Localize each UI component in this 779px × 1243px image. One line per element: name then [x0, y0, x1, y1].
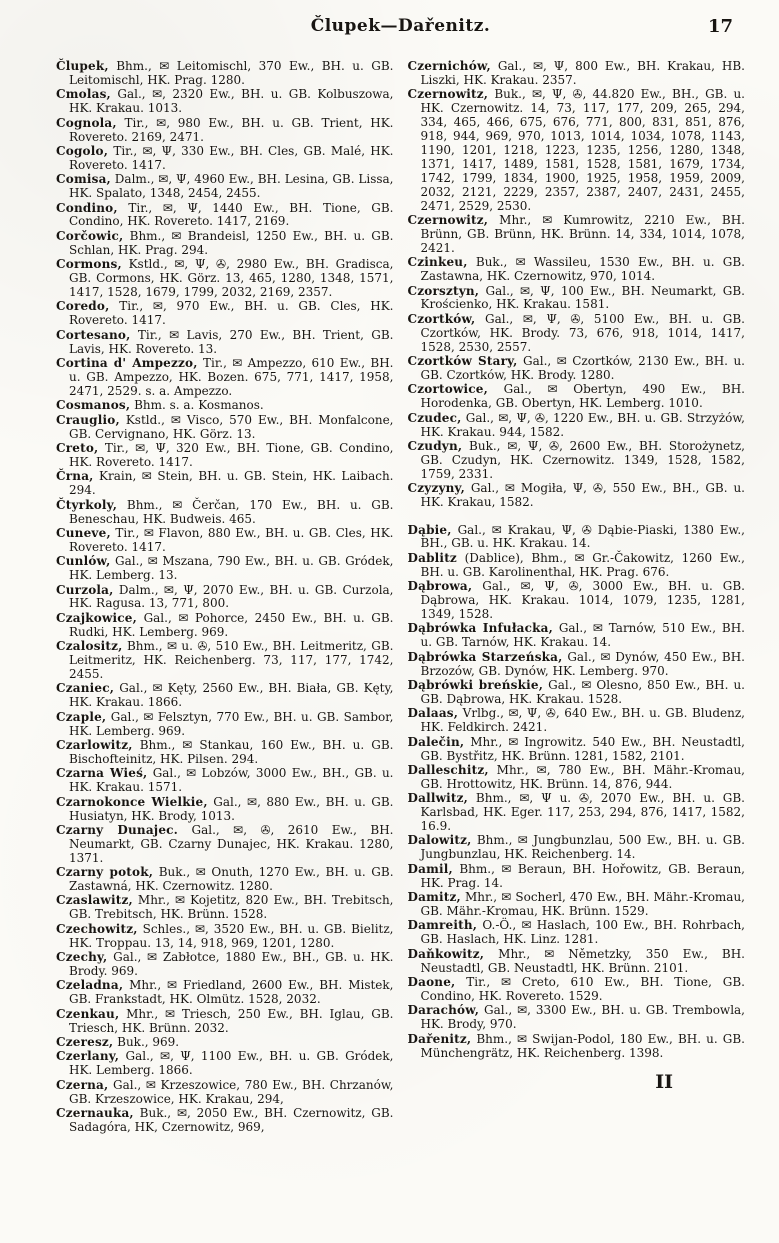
directory-entry: Czinkeu, Buk., ✉ Wassileu, 1530 Ew., BH.…	[408, 256, 746, 284]
entry-text: Gal., ✉, Ψ, ✇, 1220 Ew., BH. u. GB. Strz…	[421, 411, 746, 439]
entry-headword: Curzola,	[56, 583, 114, 597]
entry-headword: Czarny Dunajec.	[56, 823, 178, 837]
directory-entry: Czalositz, Bhm., ✉ u. ✇, 510 Ew., BH. Le…	[56, 640, 394, 682]
directory-entry: Curzola, Dalm., ✉, Ψ, 2070 Ew., BH. u. G…	[56, 584, 394, 612]
directory-entry: Dalečin, Mhr., ✉ Ingrowitz. 540 Ew., BH.…	[408, 736, 746, 764]
entry-headword: Cogolo,	[56, 144, 108, 158]
entry-text: Tir., ✉, Ψ, 320 Ew., BH. Tione, GB. Cond…	[69, 441, 394, 469]
directory-entry: Dalaas, Vrlbg., ✉, Ψ, ✇, 640 Ew., BH. u.…	[408, 707, 746, 735]
page-title: Člupek—Dařenitz.	[56, 16, 745, 36]
directory-entry: Cosmanos, Bhm. s. a. Kosmanos.	[56, 399, 394, 413]
entry-text: Gal., ✉ Kęty, 2560 Ew., BH. Biała, GB. K…	[69, 681, 394, 709]
directory-entry: Cortesano, Tir., ✉ Lavis, 270 Ew., BH. T…	[56, 329, 394, 357]
directory-entry: Dařenitz, Bhm., ✉ Swijan-Podol, 180 Ew.,…	[408, 1033, 746, 1061]
directory-entry: Dalowitz, Bhm., ✉ Jungbunzlau, 500 Ew., …	[408, 834, 746, 862]
entry-headword: Czarny potok,	[56, 865, 153, 879]
entry-text: Buk., 969.	[113, 1035, 179, 1049]
entry-headword: Czajkowice,	[56, 611, 137, 625]
entry-text: Dalm., ✉, Ψ, 2070 Ew., BH. u. GB. Curzol…	[69, 583, 394, 611]
entry-headword: Cortina d' Ampezzo,	[56, 356, 198, 370]
entry-text: Gal., ✉ Krakau, Ψ, ✇ Dąbie-Piaski, 1380 …	[421, 523, 746, 551]
directory-entry: Dablitz (Dablice), Bhm., ✉ Gr.-Čakowitz,…	[408, 552, 746, 580]
directory-entry: Czarny potok, Buk., ✉ Onuth, 1270 Ew., B…	[56, 866, 394, 894]
entry-headword: Coredo,	[56, 299, 109, 313]
directory-entry: Czechy, Gal., ✉ Zabłotce, 1880 Ew., BH.,…	[56, 951, 394, 979]
directory-entry: Czorsztyn, Gal., ✉, Ψ, 100 Ew., BH. Neum…	[408, 285, 746, 313]
entry-text: Buk., ✉ Wassileu, 1530 Ew., BH. u. GB. Z…	[421, 255, 746, 283]
directory-entry: Dąbrowa, Gal., ✉, Ψ, ✇, 3000 Ew., BH. u.…	[408, 580, 746, 622]
entry-text: Bhm., ✉ Beraun, BH. Hořowitz, GB. Beraun…	[421, 862, 746, 890]
entry-headword: Dařenitz,	[408, 1032, 472, 1046]
scanned-directory-page: Člupek—Dařenitz. 17 Člupek, Bhm., ✉ Leit…	[0, 0, 779, 1243]
directory-entry: Člupek, Bhm., ✉ Leitomischl, 370 Ew., BH…	[56, 60, 394, 88]
entry-headword: Dalowitz,	[408, 833, 472, 847]
entry-text: Vrlbg., ✉, Ψ, ✇, 640 Ew., BH. u. GB. Blu…	[421, 706, 746, 734]
directory-entry: Čtyrkoly, Bhm., ✉ Čerčan, 170 Ew., BH. u…	[56, 499, 394, 527]
entry-headword: Czyzyny,	[408, 481, 465, 495]
entry-headword: Czernichów,	[408, 59, 491, 73]
entry-headword: Czorsztyn,	[408, 284, 480, 298]
entry-headword: Czernauka,	[56, 1106, 134, 1120]
entry-text: Tir., ✉, 970 Ew., BH. u. GB. Cles, HK. R…	[69, 299, 394, 327]
directory-entry: Czaslawitz, Mhr., ✉ Kojetitz, 820 Ew., B…	[56, 894, 394, 922]
entry-headword: Corčowic,	[56, 229, 123, 243]
entry-headword: Dalaas,	[408, 706, 459, 720]
entry-headword: Cognola,	[56, 116, 117, 130]
entry-headword: Člupek,	[56, 59, 109, 73]
entry-headword: Črna,	[56, 469, 94, 483]
directory-entry: Czortków, Gal., ✉, Ψ, ✇, 5100 Ew., BH. u…	[408, 313, 746, 355]
directory-entry: Cortina d' Ampezzo, Tir., ✉ Ampezzo, 610…	[56, 357, 394, 399]
directory-entry: Czechowitz, Schles., ✉, 3520 Ew., BH. u.…	[56, 923, 394, 951]
directory-entry: Dąbrówka Infułacka, Gal., ✉ Tarnów, 510 …	[408, 622, 746, 650]
left-column: Člupek, Bhm., ✉ Leitomischl, 370 Ew., BH…	[56, 60, 394, 1135]
entry-text: Bhm., ✉ Čerčan, 170 Ew., BH. u. GB. Bene…	[69, 498, 394, 526]
entry-text: Tir., ✉ Flavon, 880 Ew., BH. u. GB. Cles…	[69, 526, 394, 554]
directory-entry: Corčowic, Bhm., ✉ Brandeisl, 1250 Ew., B…	[56, 230, 394, 258]
entry-headword: Czarnokonce Wielkie,	[56, 795, 208, 809]
entry-text: Bhm., ✉ Leitomischl, 370 Ew., BH. u. GB.…	[69, 59, 394, 87]
entry-headword: Daone,	[408, 975, 456, 989]
entry-headword: Czernowitz,	[408, 213, 489, 227]
directory-entry: Dallwitz, Bhm., ✉, Ψ u. ✇, 2070 Ew., BH.…	[408, 792, 746, 834]
entry-text: Gal., ✉ Zabłotce, 1880 Ew., BH., GB. u. …	[69, 950, 394, 978]
entry-headword: Czerlany,	[56, 1049, 119, 1063]
entry-text: Gal., ✉ Mszana, 790 Ew., BH. u. GB. Gród…	[69, 554, 394, 582]
entry-headword: Darachów,	[408, 1003, 480, 1017]
entry-text: Bhm., ✉, Ψ u. ✇, 2070 Ew., BH. u. GB. Ka…	[421, 791, 746, 833]
entry-headword: Dalleschitz,	[408, 763, 489, 777]
directory-entry: Comisa, Dalm., ✉, Ψ, 4960 Ew., BH. Lesin…	[56, 173, 394, 201]
directory-entry: Crauglio, Kstld., ✉ Visco, 570 Ew., BH. …	[56, 414, 394, 442]
entry-headword: Creto,	[56, 441, 98, 455]
entry-headword: Cormons,	[56, 257, 122, 271]
entry-headword: Czudec,	[408, 411, 462, 425]
directory-entry: Dalleschitz, Mhr., ✉, 780 Ew., BH. Mähr.…	[408, 764, 746, 792]
entry-text: Gal., ✉ Felsztyn, 770 Ew., BH. u. GB. Sa…	[69, 710, 394, 738]
entry-headword: Dablitz	[408, 551, 457, 565]
entry-text: Buk., ✉, Ψ, ✇, 44.820 Ew., BH., GB. u. H…	[421, 87, 746, 212]
directory-entry: Czarny Dunajec. Gal., ✉, ✇, 2610 Ew., BH…	[56, 824, 394, 866]
entry-text: Mhr., ✉ Ingrowitz. 540 Ew., BH. Neustadt…	[421, 735, 746, 763]
directory-entry: Dąbie, Gal., ✉ Krakau, Ψ, ✇ Dąbie-Piaski…	[408, 524, 746, 552]
directory-entry: Czarnokonce Wielkie, Gal., ✉, 880 Ew., B…	[56, 796, 394, 824]
entry-headword: Dąbie,	[408, 523, 452, 537]
entry-headword: Czarna Wieś,	[56, 766, 147, 780]
right-column: Czernichów, Gal., ✉, Ψ, 800 Ew., BH. Kra…	[408, 60, 746, 1135]
entry-headword: Czenkau,	[56, 1007, 119, 1021]
entry-text: Tir., ✉, 980 Ew., BH. u. GB. Trient, HK.…	[69, 116, 394, 144]
directory-entry: Dąbrówki breńskie, Gal., ✉ Olesno, 850 E…	[408, 679, 746, 707]
entry-text: Mhr., ✉ Socherl, 470 Ew., BH. Mähr.-Krom…	[421, 890, 746, 918]
directory-entry: Cogolo, Tir., ✉, Ψ, 330 Ew., BH. Cles, G…	[56, 145, 394, 173]
page-number: 17	[708, 16, 733, 37]
entry-text: Buk., ✉, Ψ, ✇, 2600 Ew., BH. Storożynetz…	[421, 439, 746, 481]
entry-text: Tir., ✉ Creto, 610 Ew., BH. Tione, GB. C…	[421, 975, 746, 1003]
entry-headword: Damreith,	[408, 918, 478, 932]
entry-headword: Dąbrowa,	[408, 579, 473, 593]
entry-headword: Czalositz,	[56, 639, 123, 653]
left-column-entries: Člupek, Bhm., ✉ Leitomischl, 370 Ew., BH…	[56, 60, 394, 1135]
directory-entry: Cmolas, Gal., ✉, 2320 Ew., BH. u. GB. Ko…	[56, 88, 394, 116]
two-column-layout: Člupek, Bhm., ✉ Leitomischl, 370 Ew., BH…	[56, 60, 745, 1135]
entry-headword: Czarlowitz,	[56, 738, 133, 752]
entry-headword: Czortowice,	[408, 382, 488, 396]
entry-headword: Czaple,	[56, 710, 106, 724]
directory-entry: Damreith, O.-Ö., ✉ Haslach, 100 Ew., BH.…	[408, 919, 746, 947]
directory-entry: Czaple, Gal., ✉ Felsztyn, 770 Ew., BH. u…	[56, 711, 394, 739]
entry-text: Krain, ✉ Stein, BH. u. GB. Stein, HK. La…	[69, 469, 394, 497]
entry-headword: Cunlów,	[56, 554, 111, 568]
directory-entry: Cunlów, Gal., ✉ Mszana, 790 Ew., BH. u. …	[56, 555, 394, 583]
entry-text: Dalm., ✉, Ψ, 4960 Ew., BH. Lesina, GB. L…	[69, 172, 394, 200]
entry-headword: Czudyn,	[408, 439, 463, 453]
entry-headword: Czaslawitz,	[56, 893, 133, 907]
entry-headword: Damil,	[408, 862, 453, 876]
entry-headword: Czeresz,	[56, 1035, 113, 1049]
entry-text: (Dablice), Bhm., ✉ Gr.-Čakowitz, 1260 Ew…	[421, 551, 746, 579]
entry-headword: Czinkeu,	[408, 255, 468, 269]
directory-entry: Czajkowice, Gal., ✉ Pohorce, 2450 Ew., B…	[56, 612, 394, 640]
directory-entry: Creto, Tir., ✉, Ψ, 320 Ew., BH. Tione, G…	[56, 442, 394, 470]
entry-headword: Czortków,	[408, 312, 476, 326]
entry-headword: Dalečin,	[408, 735, 465, 749]
directory-entry: Czudec, Gal., ✉, Ψ, ✇, 1220 Ew., BH. u. …	[408, 412, 746, 440]
entry-headword: Condino,	[56, 201, 118, 215]
entry-headword: Czaniec,	[56, 681, 114, 695]
directory-entry: Cuneve, Tir., ✉ Flavon, 880 Ew., BH. u. …	[56, 527, 394, 555]
directory-entry: Czerna, Gal., ✉ Krzeszowice, 780 Ew., BH…	[56, 1079, 394, 1107]
directory-entry: Czernauka, Buk., ✉, 2050 Ew., BH. Czerno…	[56, 1107, 394, 1135]
directory-entry: Czortków Stary, Gal., ✉ Czortków, 2130 E…	[408, 355, 746, 383]
directory-entry: Črna, Krain, ✉ Stein, BH. u. GB. Stein, …	[56, 470, 394, 498]
entry-headword: Dallwitz,	[408, 791, 469, 805]
entry-headword: Czerna,	[56, 1078, 108, 1092]
directory-entry: Czeladna, Mhr., ✉ Friedland, 2600 Ew., B…	[56, 979, 394, 1007]
directory-entry: Czyzyny, Gal., ✉ Mogiła, Ψ, ✇, 550 Ew., …	[408, 482, 746, 510]
directory-entry: Damil, Bhm., ✉ Beraun, BH. Hořowitz, GB.…	[408, 863, 746, 891]
entry-headword: Czernowitz,	[408, 87, 489, 101]
directory-entry: Condino, Tir., ✉, Ψ, 1440 Ew., BH. Tione…	[56, 202, 394, 230]
directory-entry: Czenkau, Mhr., ✉ Triesch, 250 Ew., BH. I…	[56, 1008, 394, 1036]
entry-headword: Czechy,	[56, 950, 107, 964]
entry-headword: Cuneve,	[56, 526, 111, 540]
entry-text: Gal., ✉, 2320 Ew., BH. u. GB. Kolbuszowa…	[69, 87, 394, 115]
directory-entry: Czudyn, Buk., ✉, Ψ, ✇, 2600 Ew., BH. Sto…	[408, 440, 746, 482]
entry-headword: Dąbrówki breńskie,	[408, 678, 544, 692]
right-column-c-entries: Czernichów, Gal., ✉, Ψ, 800 Ew., BH. Kra…	[408, 60, 746, 510]
directory-entry: Czerlany, Gal., ✉, Ψ, 1100 Ew., BH. u. G…	[56, 1050, 394, 1078]
directory-entry: Czarlowitz, Bhm., ✉ Stankau, 160 Ew., BH…	[56, 739, 394, 767]
entry-headword: Dąbrówka Infułacka,	[408, 621, 554, 635]
entry-headword: Dąbrówka Starzeńska,	[408, 650, 563, 664]
directory-entry: Cormons, Kstld., ✉, Ψ, ✇, 2980 Ew., BH. …	[56, 258, 394, 300]
running-head: Člupek—Dařenitz. 17	[56, 16, 745, 46]
entry-text: Bhm. s. a. Kosmanos.	[130, 398, 263, 412]
entry-headword: Damitz,	[408, 890, 461, 904]
directory-entry: Czeresz, Buk., 969.	[56, 1036, 394, 1050]
entry-headword: Čtyrkoly,	[56, 498, 117, 512]
entry-headword: Cortesano,	[56, 328, 131, 342]
directory-entry: Czernichów, Gal., ✉, Ψ, 800 Ew., BH. Kra…	[408, 60, 746, 88]
entry-headword: Czechowitz,	[56, 922, 138, 936]
directory-entry: Darachów, Gal., ✉, 3300 Ew., BH. u. GB. …	[408, 1004, 746, 1032]
directory-entry: Czernowitz, Buk., ✉, Ψ, ✇, 44.820 Ew., B…	[408, 88, 746, 213]
right-column-d-entries: Dąbie, Gal., ✉ Krakau, Ψ, ✇ Dąbie-Piaski…	[408, 524, 746, 1061]
entry-headword: Czeladna,	[56, 978, 123, 992]
entry-text: Gal., ✉ Mogiła, Ψ, ✇, 550 Ew., BH., GB. …	[421, 481, 746, 509]
entry-headword: Crauglio,	[56, 413, 120, 427]
entry-text: Tir., ✉, Ψ, 1440 Ew., BH. Tione, GB. Con…	[69, 201, 394, 229]
entry-headword: Czortków Stary,	[408, 354, 518, 368]
signature-mark: II	[408, 1076, 746, 1090]
directory-entry: Czernowitz, Mhr., ✉ Kumrowitz, 2210 Ew.,…	[408, 214, 746, 256]
directory-entry: Daňkowitz, Mhr., ✉ Němetzky, 350 Ew., BH…	[408, 948, 746, 976]
directory-entry: Daone, Tir., ✉ Creto, 610 Ew., BH. Tione…	[408, 976, 746, 1004]
directory-entry: Dąbrówka Starzeńska, Gal., ✉ Dynów, 450 …	[408, 651, 746, 679]
directory-entry: Coredo, Tir., ✉, 970 Ew., BH. u. GB. Cle…	[56, 300, 394, 328]
entry-headword: Daňkowitz,	[408, 947, 485, 961]
entry-headword: Comisa,	[56, 172, 111, 186]
entry-text: Gal., ✉ Krzeszowice, 780 Ew., BH. Chrzan…	[69, 1078, 394, 1106]
entry-text: Tir., ✉, Ψ, 330 Ew., BH. Cles, GB. Malé,…	[69, 144, 394, 172]
entry-headword: Cosmanos,	[56, 398, 130, 412]
directory-entry: Czarna Wieś, Gal., ✉ Lobzów, 3000 Ew., B…	[56, 767, 394, 795]
directory-entry: Damitz, Mhr., ✉ Socherl, 470 Ew., BH. Mä…	[408, 891, 746, 919]
entry-headword: Cmolas,	[56, 87, 111, 101]
directory-entry: Czaniec, Gal., ✉ Kęty, 2560 Ew., BH. Bia…	[56, 682, 394, 710]
directory-entry: Cognola, Tir., ✉, 980 Ew., BH. u. GB. Tr…	[56, 117, 394, 145]
directory-entry: Czortowice, Gal., ✉ Obertyn, 490 Ew., BH…	[408, 383, 746, 411]
